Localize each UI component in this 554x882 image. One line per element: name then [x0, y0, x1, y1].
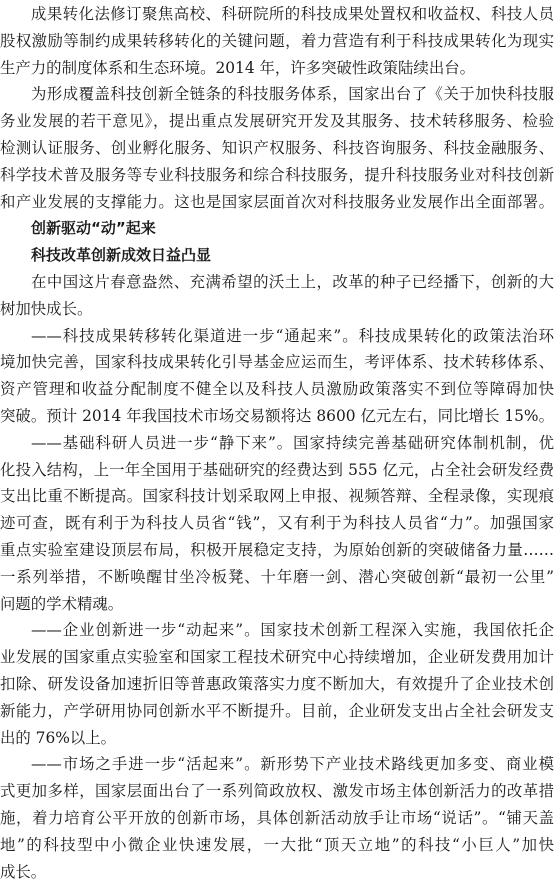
text-line: 成果转化法修订聚焦高校、科研院所的科技成果处置权和收益权、科技人员	[0, 1, 554, 28]
text-line: 化投入结构，上一年全国用于基础研究的经费达到 555 亿元，占全社会研发经费	[0, 457, 554, 484]
text-line: 地”的科技型中小微企业快速发展，一大批“顶天立地”的科技“小巨人”加快	[0, 832, 554, 859]
text-line: 支出比重不断提高。国家科技计划采取网上申报、视频答辩、全程录像，实现痕	[0, 483, 554, 510]
text-line: 式更加多样，国家层面出台了一系列简政放权、激发市场主体创新活力的改革措	[0, 778, 554, 805]
text-line: 境加快完善，国家科技成果转化引导基金应运而生，考评体系、技术转移体系、	[0, 349, 554, 376]
text-line: 务业发展的若干意见》，提出重点发展研究开发及其服务、技术转移服务、检验	[0, 108, 554, 135]
text-line: 资产管理和收益分配制度不健全以及科技人员激励政策落实不到位等障碍加快	[0, 376, 554, 403]
text-line: 检测认证服务、创业孵化服务、知识产权服务、科技咨询服务、科技金融服务、	[0, 135, 554, 162]
text-line: ——基础科研人员进一步“静下来”。国家持续完善基础研究体制机制，优	[0, 430, 554, 457]
document-page: 成果转化法修订聚焦高校、科研院所的科技成果处置权和收益权、科技人员 股权激励等制…	[0, 1, 554, 882]
text-line: 生产力的制度体系和生态环境。2014 年，许多突破性政策陆续出台。	[0, 55, 554, 82]
paragraph-tech-services: 为形成覆盖科技创新全链条的科技服务体系，国家出台了《关于加快科技服 务业发展的若…	[0, 81, 554, 215]
text-line: 问题的学术精魂。	[0, 591, 554, 618]
text-line: 迹可查，既有利于为科技人员省“钱”，又有利于为科技人员省“力”。加强国家	[0, 510, 554, 537]
text-line: ——企业创新进一步“动起来”。国家技术创新工程深入实施，我国依托企	[0, 617, 554, 644]
section-subheading: 科技改革创新成效日益凸显	[0, 242, 554, 269]
text-line: 突破。预计 2014 年我国技术市场交易额将达 8600 亿元左右，同比增长 1…	[0, 403, 554, 430]
text-line: 为形成覆盖科技创新全链条的科技服务体系，国家出台了《关于加快科技服	[0, 81, 554, 108]
text-line: 科学技术普及服务等专业科技服务和综合科技服务，提升科技服务业对科技创新	[0, 162, 554, 189]
paragraph-transfer-channels: ——科技成果转移转化渠道进一步“通起来”。科技成果转化的政策法治环 境加快完善，…	[0, 323, 554, 430]
text-line: 和产业发展的支撑能力。这也是国家层面首次对科技服务业发展作出全面部署。	[0, 189, 554, 216]
paragraph-policy-revision: 成果转化法修订聚焦高校、科研院所的科技成果处置权和收益权、科技人员 股权激励等制…	[0, 1, 554, 81]
text-line: 扣除、研发设备加速折旧等普惠政策落实力度不断加大，有效提升了企业技术创	[0, 671, 554, 698]
text-line: ——市场之手进一步“活起来”。新形势下产业技术路线更加多变、商业模	[0, 751, 554, 778]
text-line: 成长。	[0, 859, 554, 882]
paragraph-market-forces: ——市场之手进一步“活起来”。新形势下产业技术路线更加多变、商业模 式更加多样，…	[0, 751, 554, 882]
section-heading: 创新驱动“动”起来	[0, 215, 554, 242]
text-line: 一系列举措，不断唤醒甘坐冷板凳、十年磨一剑、潜心突破创新“最初一公里”	[0, 564, 554, 591]
text-line: 股权激励等制约成果转移转化的关键问题，着力营造有利于科技成果转化为现实	[0, 28, 554, 55]
text-line: 树加快成长。	[0, 296, 554, 323]
text-line: ——科技成果转移转化渠道进一步“通起来”。科技成果转化的政策法治环	[0, 323, 554, 350]
text-line: 在中国这片春意盎然、充满希望的沃土上，改革的种子已经播下，创新的大	[0, 269, 554, 296]
text-line: 施，着力培育公平开放的创新市场，具体创新活动放手让市场“说话”。“铺天盖	[0, 805, 554, 832]
text-line: 业发展的国家重点实验室和国家工程技术研究中心持续增加，企业研发费用加计	[0, 644, 554, 671]
text-line: 重点实验室建设顶层布局，积极开展稳定支持，为原始创新的突破储备力量……	[0, 537, 554, 564]
paragraph-intro: 在中国这片春意盎然、充满希望的沃土上，改革的种子已经播下，创新的大 树加快成长。	[0, 269, 554, 323]
paragraph-basic-research: ——基础科研人员进一步“静下来”。国家持续完善基础研究体制机制，优 化投入结构，…	[0, 430, 554, 618]
paragraph-enterprise-innovation: ——企业创新进一步“动起来”。国家技术创新工程深入实施，我国依托企 业发展的国家…	[0, 617, 554, 751]
text-line: 新能力，产学研用协同创新水平不断提升。目前，企业研发支出占全社会研发支	[0, 698, 554, 725]
text-line: 出的 76%以上。	[0, 725, 554, 752]
